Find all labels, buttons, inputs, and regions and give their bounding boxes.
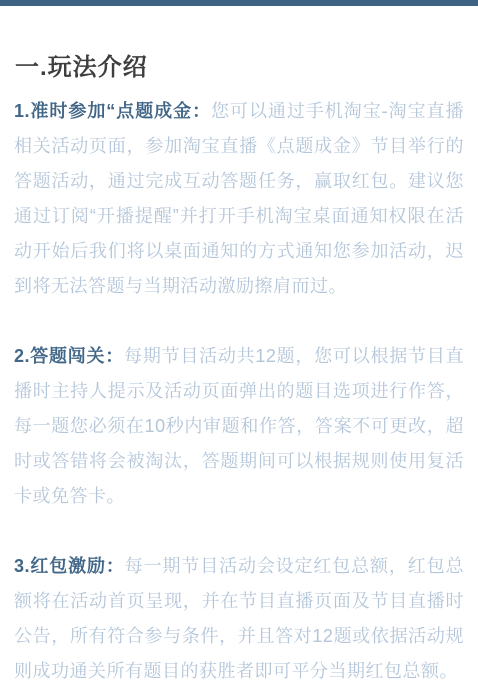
rule-1-lead: 1.准时参加“点题成金： xyxy=(14,101,211,121)
top-accent-bar xyxy=(0,0,478,6)
page-title: 一.玩法介绍 xyxy=(15,52,148,84)
rule-paragraph-1: 1.准时参加“点题成金：您可以通过手机淘宝-淘宝直播相关活动页面，参加淘宝直播《… xyxy=(14,94,464,304)
rule-2-lead: 2.答题闯关： xyxy=(14,346,124,366)
rule-3-lead: 3.红包激励： xyxy=(14,556,125,576)
rule-paragraph-2: 2.答题闯关：每期节目活动共12题，您可以根据节目直播时主持人提示及活动页面弹出… xyxy=(14,339,464,514)
rule-paragraph-3: 3.红包激励：每一期节目活动会设定红包总额，红包总额将在活动首页呈现，并在节目直… xyxy=(14,549,464,689)
rules-page: 一.玩法介绍 1.准时参加“点题成金：您可以通过手机淘宝-淘宝直播相关活动页面，… xyxy=(0,0,478,689)
rule-1-body: 您可以通过手机淘宝-淘宝直播相关活动页面，参加淘宝直播《点题成金》节目举行的答题… xyxy=(14,101,464,296)
rule-2-body: 每期节目活动共12题，您可以根据节目直播时主持人提示及活动页面弹出的题目选项进行… xyxy=(14,346,464,506)
